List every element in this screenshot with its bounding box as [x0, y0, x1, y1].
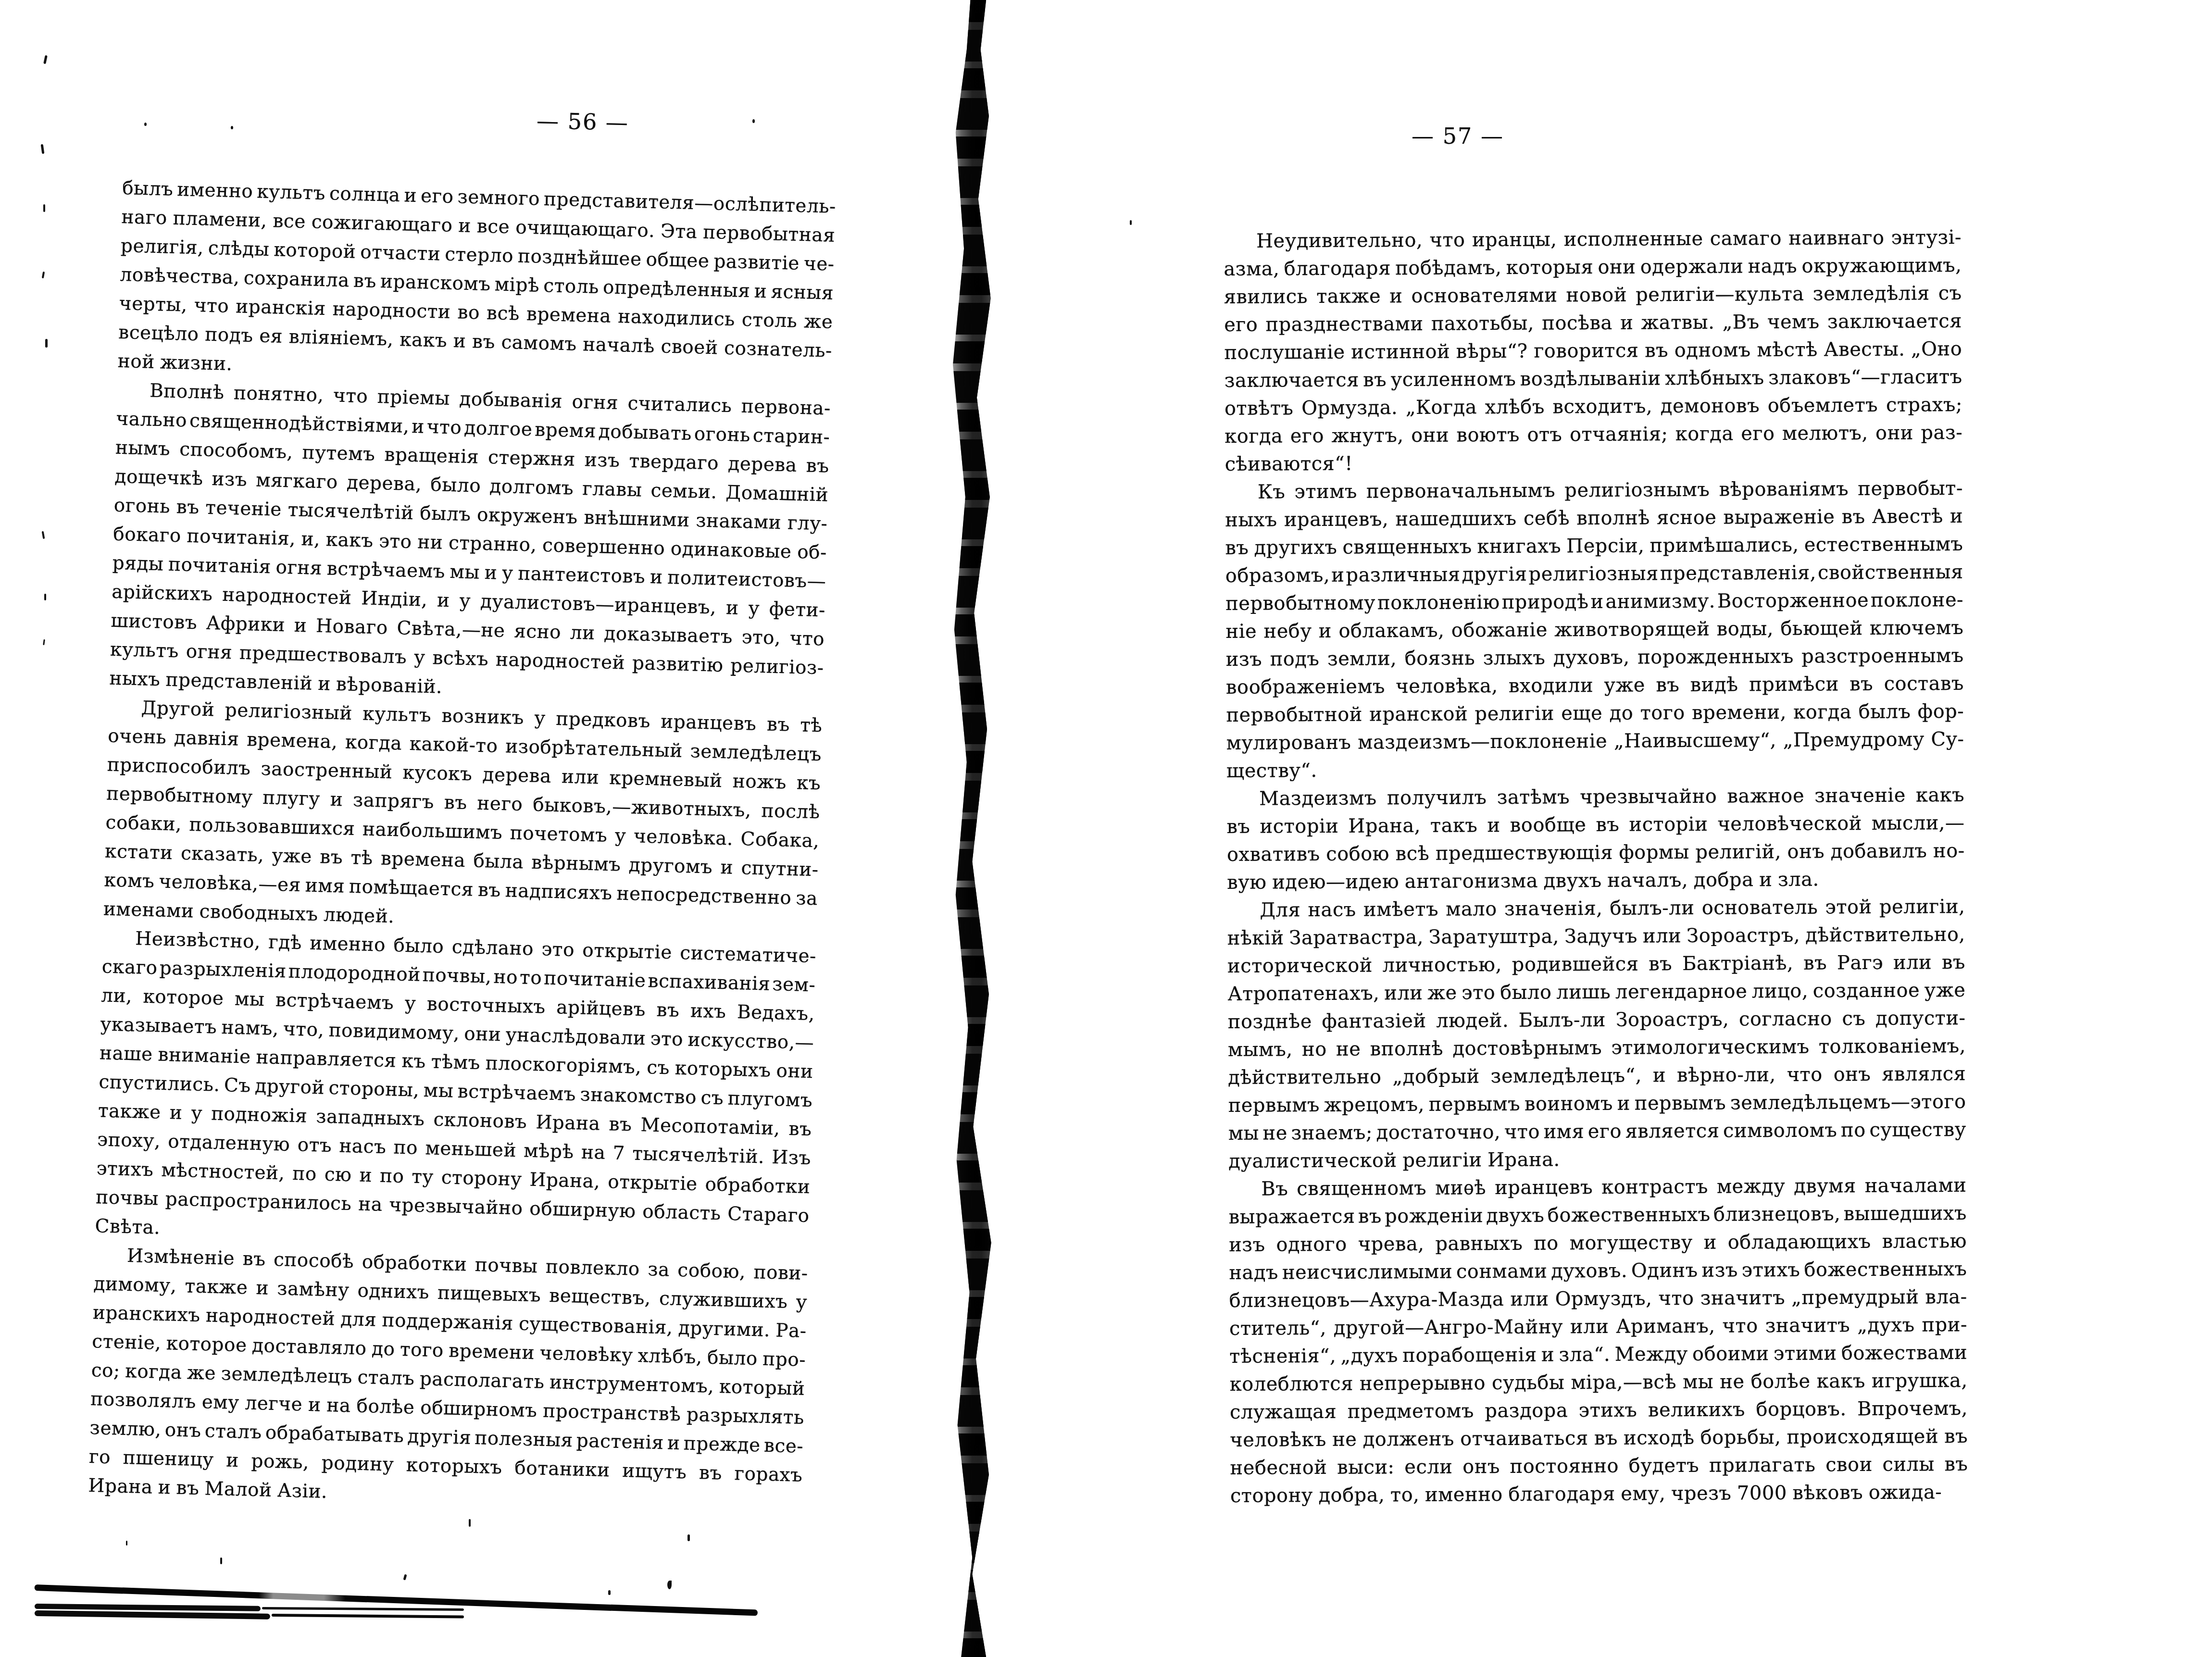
ink-streak — [35, 1610, 270, 1620]
paragraph: Въсвященномъмиѳѣиранцевъконтрастъмеждудв… — [1228, 1171, 1968, 1510]
text-line: дуалистическойрелигіиИрана. — [1228, 1144, 1966, 1175]
page-57-text: Неудивительно,чтоиранцы,исполненныесамаг… — [1224, 224, 1968, 1510]
text-line: ніенебуиоблакамъ,обожаніеживотворящейвод… — [1225, 614, 1963, 646]
text-line: мымъ,ноневполнѣдостовѣрнымъэтимологическ… — [1228, 1032, 1966, 1064]
text-line: ститель“,другой—Ангро-МайнуилиАриманъ,чт… — [1229, 1311, 1967, 1343]
scan-speck — [44, 594, 46, 600]
text-line: въдругихъсвященныхъкнигахъПерсіи,примѣша… — [1225, 530, 1963, 562]
text-line: егопразднествамипахотьбы,посѣваижатвы.„В… — [1224, 307, 1962, 339]
scan-speck — [1130, 220, 1132, 225]
text-line: когдаегожнутъ,онивоютъотъотчаянія;когдае… — [1225, 419, 1962, 450]
text-line: позднѣефантазіейлюдей.Былъ-лиЗороастръ,с… — [1228, 1004, 1966, 1036]
text-line: явилисьтакжеиоснователяминовойрелигіи—ку… — [1224, 279, 1962, 311]
text-line: человѣкънедолженъотчаиватьсявъисходѣборь… — [1230, 1422, 1968, 1454]
scan-speck — [126, 1541, 127, 1545]
text-line: сѣиваются“! — [1225, 447, 1962, 478]
text-line: азма,благодаряпобѣдамъ,которыяониодержал… — [1224, 251, 1962, 283]
scan-speck — [608, 1590, 611, 1595]
paragraph: Къэтимъпервоначальнымърелигіознымъвѣрова… — [1225, 474, 1964, 785]
text-line: образомъ,иразличныядругіярелигіозныяпред… — [1225, 558, 1963, 590]
scan-speck — [231, 126, 233, 129]
text-line: выражаетсявърожденіидвухъбожественныхъбл… — [1229, 1199, 1967, 1231]
text-line: въисторіиИрана,такъивообщевъисторіичелов… — [1226, 809, 1964, 841]
text-line: сторонудобра,то,именноблагодаряему,чрезъ… — [1230, 1478, 1968, 1510]
scan-speck — [42, 531, 45, 539]
text-line: отвѣтъОрмузда.„Когдахлѣбъвсходитъ,демоно… — [1225, 391, 1962, 423]
text-line: охвативъсобоювсѣпредшествующіяформырелиг… — [1227, 837, 1965, 869]
ink-streak — [35, 1604, 261, 1611]
text-line: служащаяпредметомъраздораэтихъвеликихъбо… — [1230, 1395, 1968, 1426]
text-line: первобытнойиранскойрелигіиещедотоговреме… — [1226, 698, 1964, 729]
text-line: колеблютсянепрерывносудьбыміра,—всѣмынеб… — [1229, 1367, 1967, 1398]
paragraph: Маздеизмъполучилъзатѣмъчрезвычайноважное… — [1226, 781, 1965, 897]
scan-speck — [220, 1557, 222, 1564]
text-line: Къэтимъпервоначальнымърелигіознымъвѣрова… — [1225, 474, 1963, 506]
text-line: воображеніемъчеловѣка,входилиужевъвидѣпр… — [1226, 670, 1964, 701]
text-line: историческойличностью,родившейсявъБактрі… — [1227, 948, 1965, 980]
paragraph: Длянасъимѣетъмалозначенія,былъ-лиосноват… — [1227, 893, 1966, 1175]
book-gutter-shadow — [953, 0, 999, 1657]
scan-speck — [144, 123, 147, 126]
text-line: заключаетсявъусиленномъвоздѣлываніихлѣбн… — [1225, 363, 1962, 395]
paragraph: Вполнѣпонятно,чтопріемыдобываніяогнясчит… — [109, 376, 831, 712]
ink-streak — [35, 1584, 758, 1616]
scan-speck — [43, 204, 45, 212]
scan-speck — [43, 55, 48, 64]
text-line: изъодногочрева,равныхъпомогуществуиоблад… — [1229, 1227, 1967, 1259]
text-line: вуюидею—идеюантагонизмадвухъначалъ,добра… — [1227, 865, 1965, 897]
text-line: Атропатенахъ,илижеэтобылолишьлегендарное… — [1227, 976, 1965, 1008]
book-page-spread: — 56 — — 57 — былъименнокультъсолнцаиего… — [0, 0, 2212, 1657]
scan-speck — [469, 1519, 471, 1527]
paragraph: Другойрелигіозныйкультъвозникъупредковъи… — [103, 693, 823, 943]
text-line: изъподъземли,боязньзлыхъдуховъ,порожденн… — [1226, 642, 1964, 673]
text-line: небеснойвыси:еслионъпостояннобудетъприла… — [1230, 1450, 1968, 1482]
paragraph: былъименнокультъсолнцаиегоземногопредста… — [117, 174, 836, 395]
paragraph: Измѣненіевъспособѣобработкипочвыповлекло… — [88, 1241, 809, 1519]
text-line: ществу“. — [1226, 753, 1964, 785]
text-line: Маздеизмъполучилъзатѣмъчрезвычайноважное… — [1226, 781, 1964, 813]
scan-speck — [403, 1574, 407, 1581]
text-line: первымъжрецомъ,первымъвоиномъипервымъзем… — [1228, 1088, 1966, 1120]
ink-streak — [262, 1607, 464, 1611]
text-line: Длянасъимѣетъмалозначенія,былъ-лиосноват… — [1227, 893, 1965, 924]
text-line: тѣсненія“,„духъпорабощеніяизла“.Междуобо… — [1229, 1339, 1967, 1370]
scan-speck — [43, 639, 45, 645]
text-line: ныхъиранцевъ,нашедшихъсебѣвполнѣясноевыр… — [1225, 502, 1963, 534]
text-line: Въсвященномъмиѳѣиранцевъконтрастъмеждудв… — [1228, 1171, 1966, 1203]
text-line: нѣкійЗаратвастра,Заратуштра,ЗадучъилиЗор… — [1227, 921, 1965, 952]
text-line: первобытномупоклоненіюприродѣианимизму.В… — [1225, 586, 1963, 618]
scan-speck — [42, 272, 45, 278]
scan-speck — [45, 339, 48, 348]
text-line: надънеисчислимымисонмамидуховъ.Одинъизъэ… — [1229, 1255, 1967, 1287]
scan-speck — [687, 1534, 690, 1541]
text-line: дѣйствительно„добрыйземледѣлецъ“,ивѣрно-… — [1228, 1060, 1966, 1092]
text-line: близнецовъ—Ахура-МаздаилиОрмуздъ,чтознач… — [1229, 1283, 1967, 1315]
text-line: мынезнаемъ;достаточно,чтоимяегоявляетсяс… — [1228, 1116, 1966, 1147]
scan-speck — [752, 119, 755, 123]
page-56-text: былъименнокультъсолнцаиегоземногопредста… — [88, 174, 837, 1519]
paragraph: Неудивительно,чтоиранцы,исполненныесамаг… — [1224, 224, 1963, 478]
ink-streak — [272, 1614, 464, 1618]
page-number-right: — 57 — — [1386, 124, 1530, 148]
page-number-left: — 56 — — [511, 108, 655, 135]
text-line: мулированъмаздеизмъ—поклоненіе„Наивысшем… — [1226, 725, 1964, 757]
scan-speck — [667, 1581, 672, 1589]
text-line: Неудивительно,чтоиранцы,исполненныесамаг… — [1224, 224, 1962, 255]
text-line: послушаніеистиннойвѣры“?говоритсявъодном… — [1224, 335, 1962, 367]
scan-speck — [41, 144, 45, 154]
paragraph: Неизвѣстно,гдѣименнобылосдѣланоэтооткрыт… — [95, 923, 817, 1259]
